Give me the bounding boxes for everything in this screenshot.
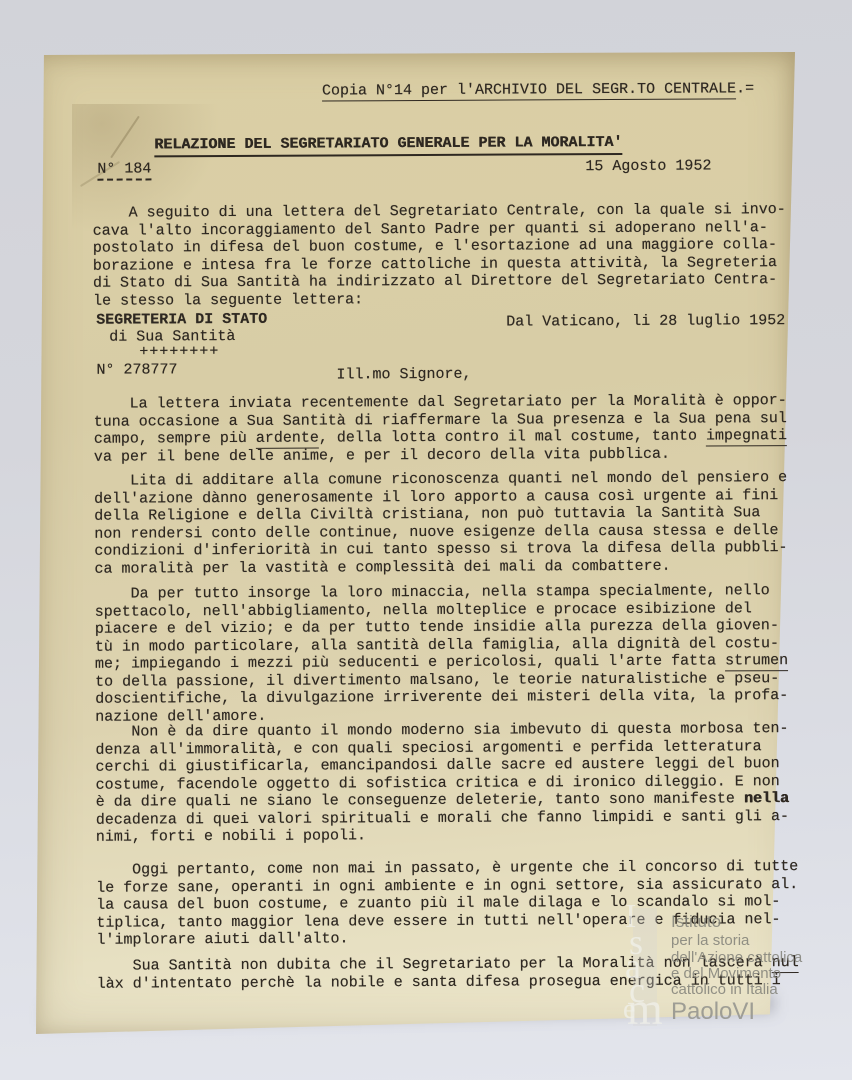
paragraph: Da per tutto insorge la loro minaccia, n…: [95, 582, 789, 726]
typewritten-line: le stesso la seguente lettera:: [93, 289, 786, 310]
copy-archive-text: Copia N°14 per l'ARCHIVIO DEL SEGR.TO CE…: [322, 80, 736, 101]
document-number: N° 184: [97, 160, 151, 180]
paragraph: La lettera inviata recentemente dal Segr…: [94, 392, 787, 466]
paragraph: A seguito di una lettera del Segretariat…: [93, 201, 787, 310]
salutation: Ill.mo Signore,: [336, 366, 471, 384]
typewritten-line: doscientifiche, la divulgazione irrivere…: [95, 687, 788, 708]
typewritten-line: va per il bene delle anime, e per il dec…: [94, 445, 787, 466]
letterhead-office: SEGRETERIA DI STATO: [96, 311, 267, 329]
typewritten-line: campo, sempre più ardente, della lotta c…: [94, 427, 787, 448]
document-date: 15 Agosto 1952: [585, 157, 711, 175]
copy-archive-suffix: .=: [736, 80, 754, 97]
photo-of-document: Copia N°14 per l'ARCHIVIO DEL SEGR.TO CE…: [0, 0, 852, 1080]
copy-archive-line: Copia N°14 per l'ARCHIVIO DEL SEGR.TO CE…: [322, 80, 754, 99]
letterhead-separator: ++++++++: [139, 343, 219, 360]
paragraph: Non è da dire quanto il mondo moderno si…: [95, 720, 789, 846]
paragraph: Oggi pertanto, come non mai in passato, …: [96, 858, 799, 949]
letter-body: A seguito di una lettera del Segretariat…: [0, 0, 852, 2]
typewritten-line: tiplica, tanto maggior lena deve essere …: [96, 911, 798, 932]
typewritten-line: ca moralità per la vastità e complessità…: [94, 557, 787, 578]
report-title: RELAZIONE DEL SEGRETARIATO GENERALE PER …: [154, 134, 622, 157]
typewritten-line: condizioni d'inferiorità in cui tanto sp…: [94, 539, 787, 560]
letterhead-protocol-number: N° 278777: [96, 361, 177, 378]
paragraph: Sua Santità non dubita che il Segretaria…: [97, 954, 799, 993]
typewritten-line: nimi, forti e nobili i popoli.: [96, 825, 789, 846]
typewritten-text-layer: Copia N°14 per l'ARCHIVIO DEL SEGR.TO CE…: [0, 0, 852, 1080]
typewritten-line: di Stato di Sua Santità ha indirizzato a…: [93, 271, 786, 292]
place-date-line: Dal Vaticano, li 28 luglio 1952: [506, 312, 785, 330]
typewritten-line: l'implorare aiuti dall'alto.: [96, 928, 798, 949]
paragraph: Lita di additare alla comune riconoscenz…: [94, 469, 788, 578]
typewritten-line: decadenza di quei valori spirituali e mo…: [96, 808, 789, 829]
typewritten-line: làx d'intentato perchè la nobile e santa…: [97, 972, 799, 993]
